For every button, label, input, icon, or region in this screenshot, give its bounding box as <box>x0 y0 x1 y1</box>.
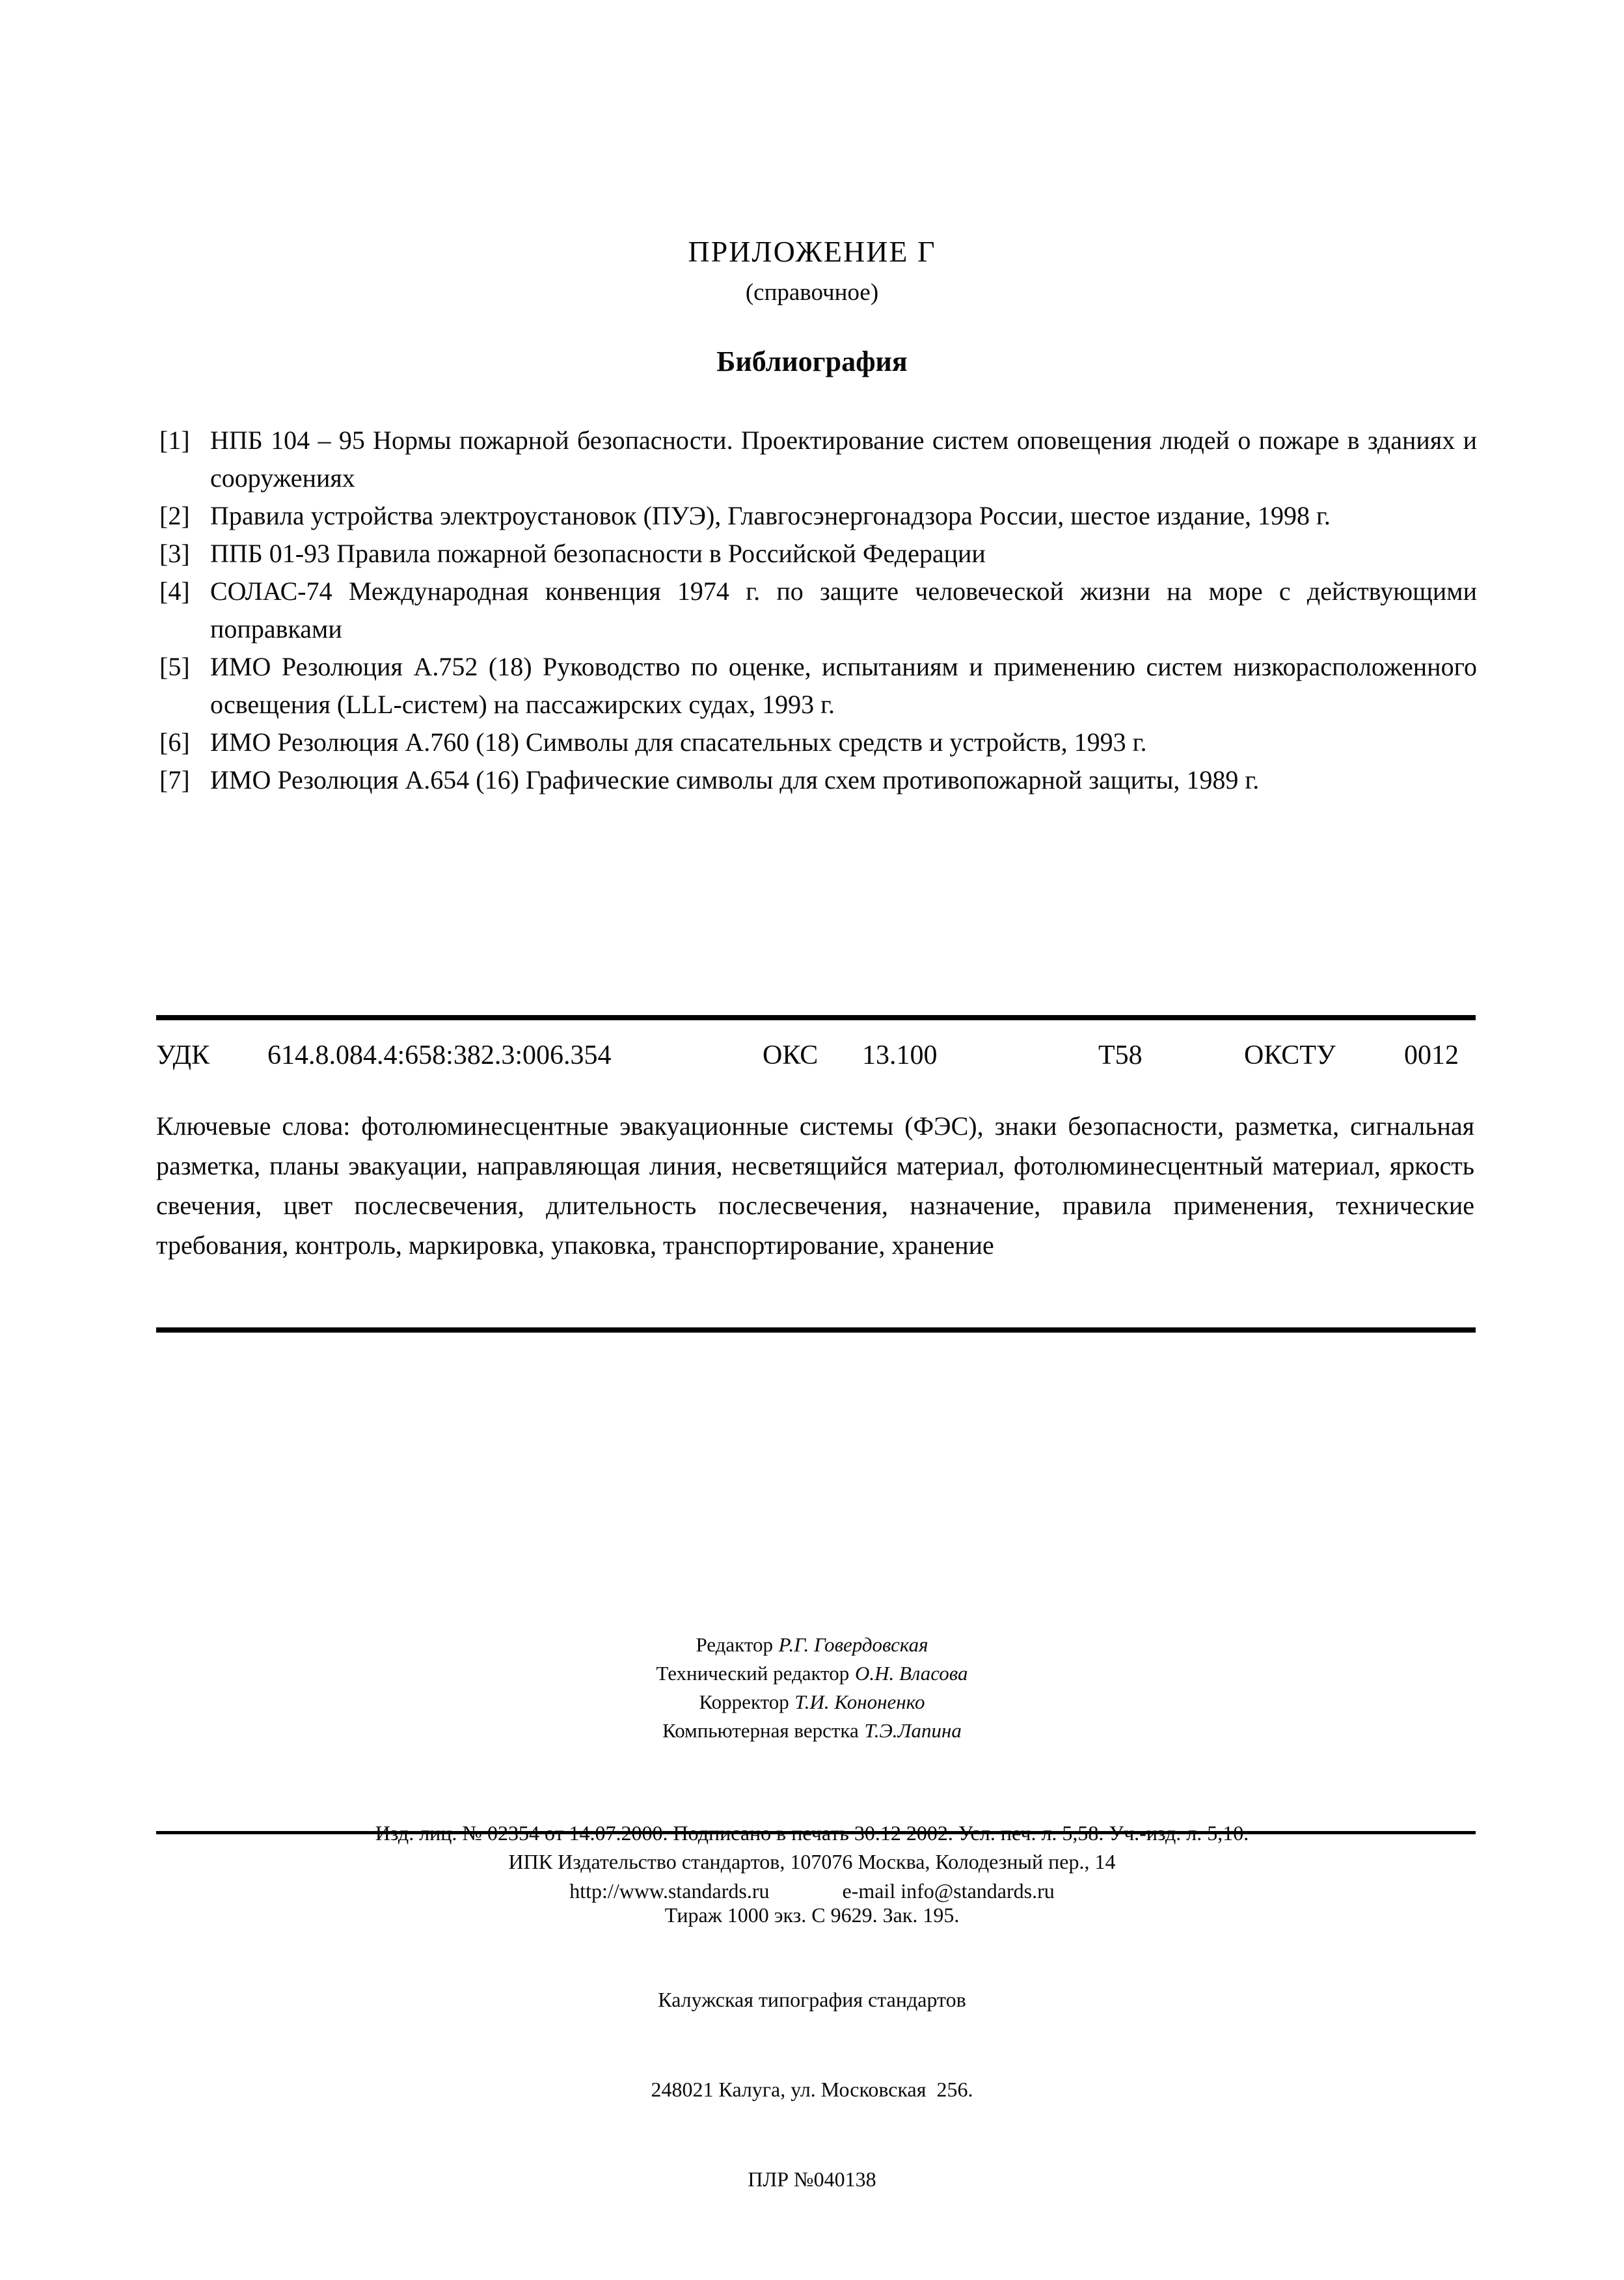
staff-line-layout: Компьютерная версткаТ.Э.Лапина <box>0 1717 1624 1745</box>
horizontal-rule-top <box>156 1015 1476 1020</box>
bibliography-item-text: СОЛАС-74 Международная конвенция 1974 г.… <box>210 577 1477 644</box>
bibliography-heading: Библиография <box>0 345 1624 378</box>
bibliography-item: [4] СОЛАС-74 Международная конвенция 197… <box>159 573 1477 648</box>
bibliography-item-number: [4] <box>159 573 190 610</box>
printer-block: Калужская типография стандартов 248021 К… <box>0 1925 1624 2254</box>
horizontal-rule-thin <box>156 1831 1476 1834</box>
printer-address: 248021 Калуга, ул. Московская 256. <box>0 2074 1624 2104</box>
publisher-website: http://www.standards.ru <box>569 1879 769 1903</box>
bibliography-item-number: [5] <box>159 648 190 686</box>
publisher-contacts: http://www.standards.ru e-mail info@stan… <box>0 1879 1624 1903</box>
staff-name: Т.Э.Лапина <box>864 1719 961 1742</box>
staff-line-proofreader: КорректорТ.И. Кононенко <box>0 1688 1624 1717</box>
udk-value: 614.8.084.4:658:382.3:006.354 <box>267 1040 612 1071</box>
bibliography-item-number: [2] <box>159 497 190 535</box>
staff-role: Компьютерная верстка <box>662 1719 859 1742</box>
bibliography-item-number: [3] <box>159 535 190 573</box>
bibliography-item-text: ППБ 01-93 Правила пожарной безопасности … <box>210 539 986 568</box>
bibliography-item: [3] ППБ 01-93 Правила пожарной безопасно… <box>159 535 1477 573</box>
okstu-value: 0012 <box>1404 1040 1459 1071</box>
bibliography-item-number: [6] <box>159 724 190 761</box>
staff-role: Технический редактор <box>656 1662 849 1685</box>
okstu-label: ОКСТУ <box>1244 1040 1336 1071</box>
staff-line-technical-editor: Технический редакторО.Н. Власова <box>0 1659 1624 1688</box>
staff-line-editor: РедакторР.Г. Говердовская <box>0 1631 1624 1659</box>
printer-license: ПЛР №040138 <box>0 2164 1624 2194</box>
classification-row: УДК 614.8.084.4:658:382.3:006.354 ОКС 13… <box>156 1040 1477 1079</box>
staff-name: О.Н. Власова <box>855 1662 968 1685</box>
oks-value: 13.100 <box>862 1040 938 1071</box>
publisher-line: ИПК Издательство стандартов, 107076 Моск… <box>0 1850 1624 1874</box>
bibliography-item-number: [7] <box>159 761 190 799</box>
bibliography-item-text: ИМО Резолюция А.752 (18) Руководство по … <box>210 652 1477 719</box>
horizontal-rule-middle <box>156 1327 1476 1333</box>
publisher-email: e-mail info@standards.ru <box>842 1879 1054 1903</box>
staff-name: Р.Г. Говердовская <box>779 1633 928 1656</box>
staff-role: Редактор <box>696 1633 773 1656</box>
appendix-subtitle: (справочное) <box>0 278 1624 306</box>
bibliography-list: [1] НПБ 104 – 95 Нормы пожарной безопасн… <box>159 422 1477 799</box>
bibliography-item: [1] НПБ 104 – 95 Нормы пожарной безопасн… <box>159 422 1477 497</box>
bibliography-item-text: ИМО Резолюция А.760 (18) Символы для спа… <box>210 727 1147 757</box>
bibliography-item: [2] Правила устройства электроустановок … <box>159 497 1477 535</box>
bibliography-item-text: Правила устройства электроустановок (ПУЭ… <box>210 501 1331 530</box>
staff-name: Т.И. Кононенко <box>794 1690 925 1713</box>
bibliography-item: [7] ИМО Резолюция А.654 (16) Графические… <box>159 761 1477 799</box>
bibliography-item: [6] ИМО Резолюция А.760 (18) Символы для… <box>159 724 1477 761</box>
printer-name: Калужская типография стандартов <box>0 1985 1624 2015</box>
t-code: Т58 <box>1098 1040 1143 1071</box>
staff-role: Корректор <box>699 1690 789 1713</box>
udk-label: УДК <box>156 1040 210 1071</box>
keywords-paragraph: Ключевые слова: фотолюминесцентные эваку… <box>156 1106 1474 1265</box>
bibliography-item-text: ИМО Резолюция А.654 (16) Графические сим… <box>210 765 1259 794</box>
scanned-standard-page: ПРИЛОЖЕНИЕ Г (справочное) Библиография [… <box>0 0 1624 2280</box>
bibliography-item: [5] ИМО Резолюция А.752 (18) Руководство… <box>159 648 1477 724</box>
appendix-title: ПРИЛОЖЕНИЕ Г <box>0 234 1624 269</box>
oks-label: ОКС <box>763 1040 818 1071</box>
staff-block: РедакторР.Г. Говердовская Технический ре… <box>0 1631 1624 1745</box>
bibliography-item-number: [1] <box>159 422 190 459</box>
bibliography-item-text: НПБ 104 – 95 Нормы пожарной безопасности… <box>210 426 1477 493</box>
